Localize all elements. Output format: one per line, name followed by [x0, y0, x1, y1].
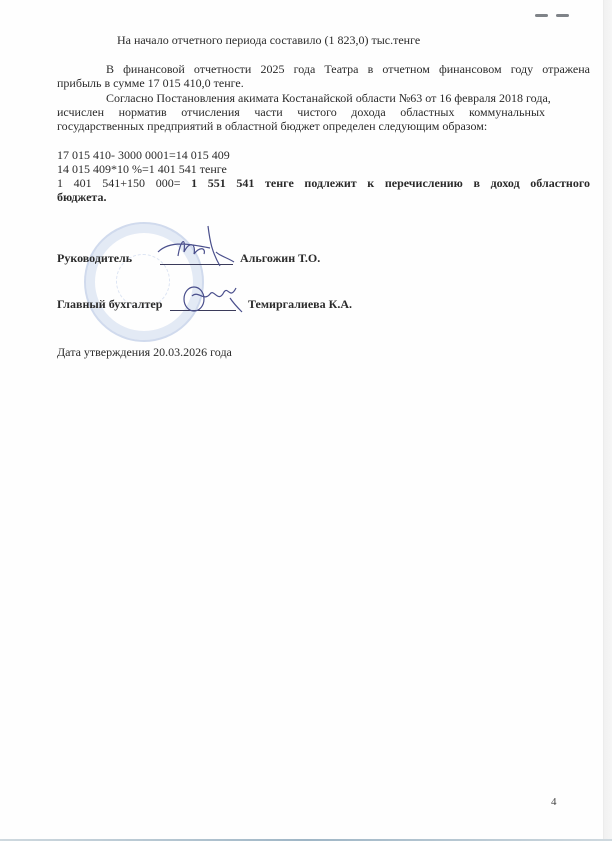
- paragraph1-line1: В финансовой отчетности 2025 года Театра…: [106, 62, 590, 76]
- page-number: 4: [551, 796, 557, 808]
- scan-mark: [556, 14, 569, 17]
- approval-date: Дата утверждения 20.03.2026 года: [57, 345, 232, 359]
- paragraph2-line3: государственных предприятий в областной …: [57, 119, 487, 133]
- calculation-line2: 14 015 409*10 %=1 401 541 тенге: [57, 162, 227, 176]
- calculation-line4: бюджета.: [57, 190, 106, 204]
- director-role: Руководитель: [57, 251, 132, 265]
- paragraph1-line2: прибыль в сумме 17 015 410,0 тенге.: [57, 76, 244, 90]
- calculation-line3-prefix: 1 401 541+150 000=: [57, 176, 180, 190]
- scan-marks: [535, 14, 569, 17]
- accountant-name: Темиргалиева К.А.: [248, 297, 352, 311]
- document-page: На начало отчетного периода составило (1…: [0, 0, 612, 841]
- scan-edge-right: [603, 0, 612, 841]
- director-signature: [150, 222, 240, 270]
- scan-mark: [535, 14, 548, 17]
- accountant-signature: [180, 282, 250, 314]
- calculation-result: 1 551 541 тенге подлежит к перечислению …: [180, 176, 590, 190]
- opening-balance-line: На начало отчетного периода составило (1…: [117, 33, 420, 47]
- accountant-role: Главный бухгалтер: [57, 297, 162, 311]
- director-name: Альгожин Т.О.: [240, 251, 320, 265]
- paragraph2-line1: Согласно Постановления акимата Костанайс…: [106, 91, 551, 105]
- calculation-line1: 17 015 410- 3000 0001=14 015 409: [57, 148, 230, 162]
- calculation-line3: 1 401 541+150 000= 1 551 541 тенге подле…: [57, 176, 590, 190]
- paragraph2-line2: исчислен норматив отчисления части чисто…: [57, 105, 545, 119]
